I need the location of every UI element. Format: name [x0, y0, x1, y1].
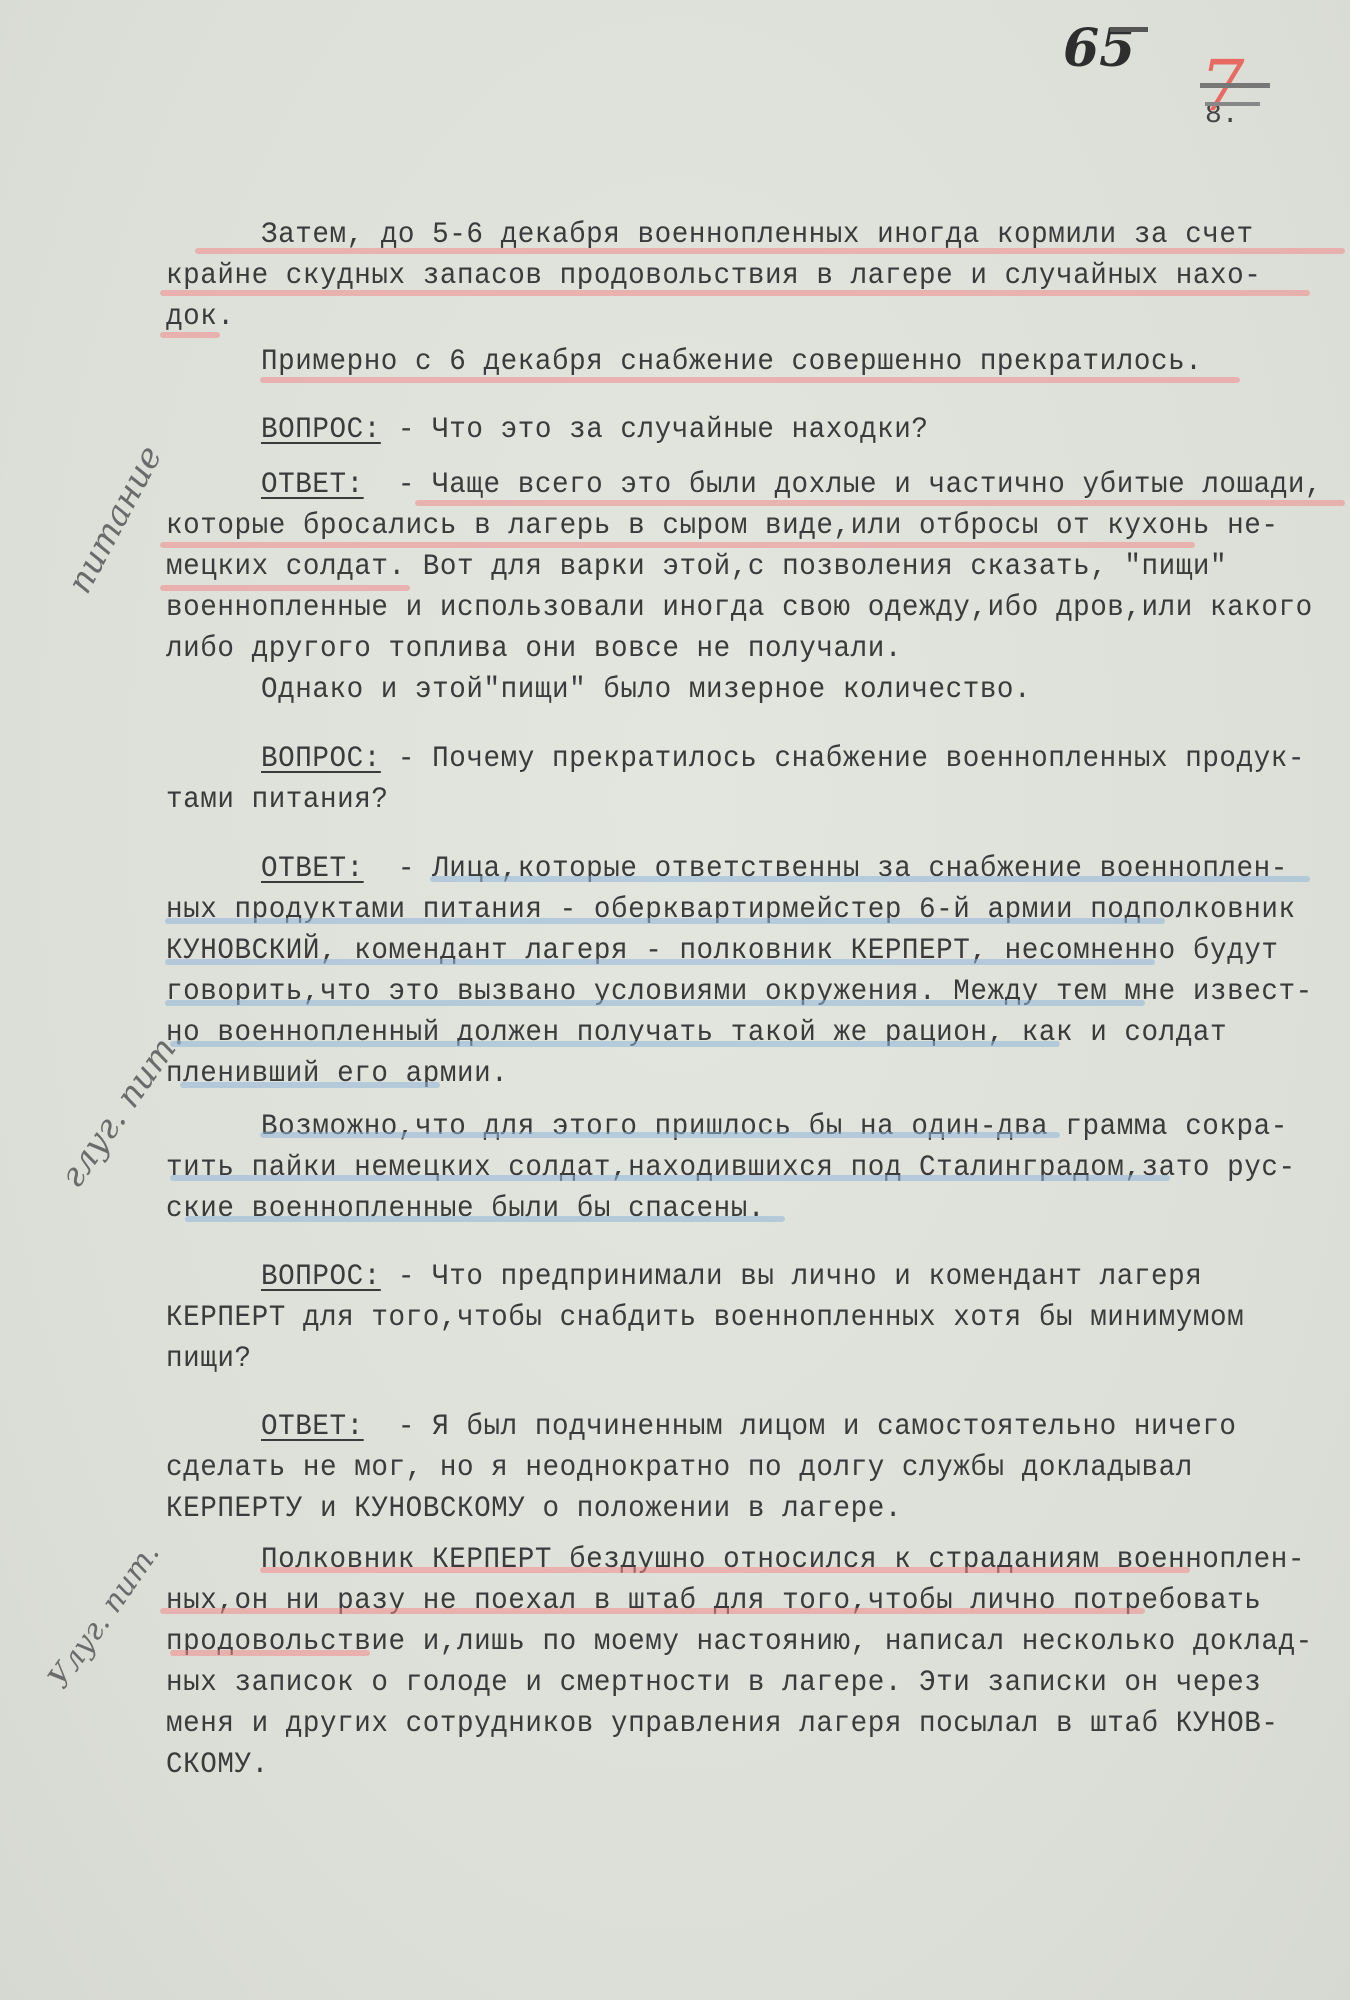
red-pencil-underline [160, 585, 410, 591]
text-line: военнопленные и использовали иногда свою… [166, 591, 1313, 625]
red-pencil-underline [415, 500, 1345, 506]
question-label: ВОПРОС: [261, 742, 381, 776]
question-label: ВОПРОС: [261, 1260, 381, 1294]
text-line: Однако и этой"пищи" было мизерное количе… [261, 673, 1031, 707]
red-pencil-underline [260, 1567, 1190, 1573]
answer-label: ОТВЕТ: [261, 468, 364, 502]
question-line: ВОПРОС: - Почему прекратилось снабжение … [261, 742, 1305, 776]
red-pencil-underline [260, 377, 1240, 383]
red-pencil-underline [160, 290, 1310, 296]
blue-pencil-underline [165, 959, 1155, 965]
blue-pencil-underline [180, 1082, 440, 1088]
answer-label: ОТВЕТ: [261, 1410, 364, 1444]
blue-pencil-underline [170, 1175, 1170, 1181]
text-line: которые бросались в лагерь в сыром виде,… [166, 509, 1278, 543]
text-line: сделать не мог, но я неоднократно по дол… [166, 1451, 1193, 1485]
crossout-strike [1205, 102, 1260, 106]
blue-pencil-underline [260, 1132, 1060, 1138]
archive-number-strike [1110, 27, 1148, 32]
text-line: меня и других сотрудников управления лаг… [166, 1707, 1278, 1741]
text-line: ных записок о голоде и смертности в лаге… [166, 1666, 1261, 1700]
red-pencil-underline [195, 248, 1345, 254]
question-label: ВОПРОС: [261, 413, 381, 447]
question-line: ВОПРОС: - Что это за случайные находки? [261, 413, 928, 447]
text-line: Возможно,что для этого пришлось бы на од… [261, 1110, 1288, 1144]
text-line: док. [166, 300, 234, 334]
text-line: КЕРПЕРТ для того,чтобы снабдить военнопл… [166, 1301, 1244, 1335]
blue-pencil-underline [170, 1041, 1060, 1047]
blue-pencil-underline [165, 1000, 1145, 1006]
blue-pencil-underline [165, 918, 1165, 924]
red-pencil-underline [160, 542, 1195, 548]
text-line: СКОМУ. [166, 1748, 269, 1782]
red-pencil-underline [170, 1650, 370, 1656]
text-line: тами питания? [166, 783, 388, 817]
text-line: КЕРПЕРТУ и КУНОВСКОМУ о положении в лаге… [166, 1492, 902, 1526]
question-line: ВОПРОС: - Что предпринимали вы лично и к… [261, 1260, 1202, 1294]
blue-pencil-underline [185, 1216, 785, 1222]
blue-pencil-underline [430, 876, 1310, 882]
red-pencil-underline [160, 1608, 1145, 1614]
answer-line: ОТВЕТ: - Чаще всего это были дохлые и ча… [261, 468, 1322, 502]
text-line: Затем, до 5-6 декабря военнопленных иног… [261, 218, 1254, 252]
crossout-strike [1200, 83, 1270, 88]
red-pencil-underline [160, 332, 220, 338]
text-line: мецких солдат. Вот для варки этой,с позв… [166, 550, 1227, 584]
text-line: Примерно с 6 декабря снабжение совершенн… [261, 345, 1202, 379]
answer-line: ОТВЕТ: - Я был подчиненным лицом и самос… [261, 1410, 1237, 1444]
text-line: либо другого топлива они вовсе не получа… [166, 632, 902, 666]
answer-label: ОТВЕТ: [261, 852, 364, 886]
text-line: крайне скудных запасов продовольствия в … [166, 259, 1261, 293]
text-line: пищи? [166, 1342, 252, 1376]
